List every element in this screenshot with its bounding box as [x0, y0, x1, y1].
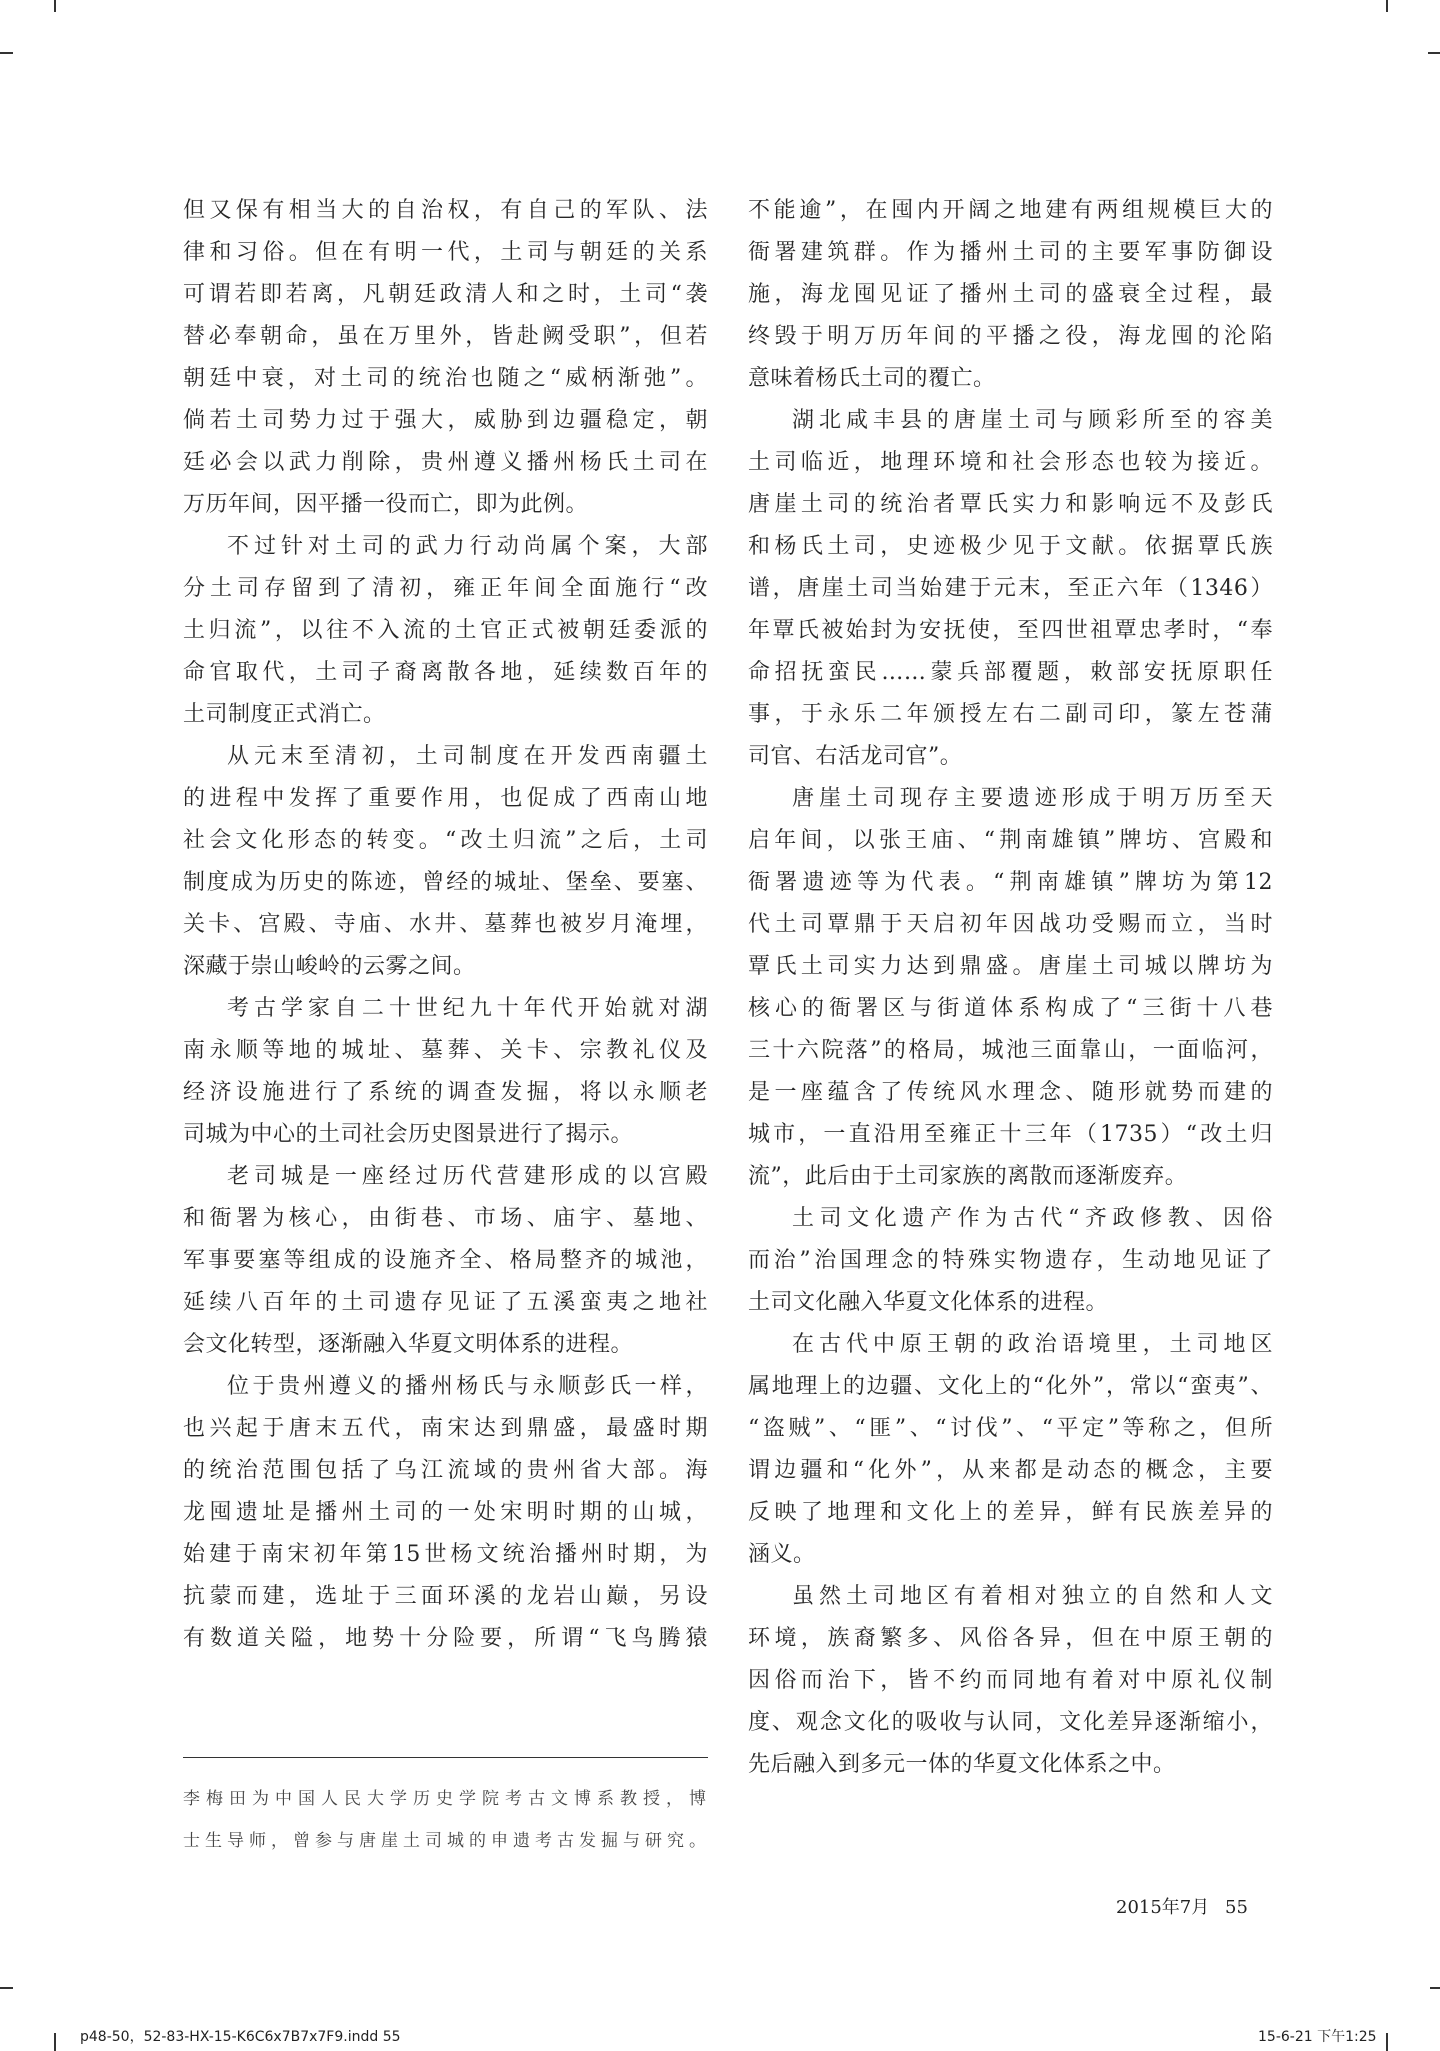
crop-mark-bottom-right-vertical	[1386, 2033, 1388, 2051]
text-line: 社会文化形态的转变。“改土归流”之后，土司	[183, 820, 708, 862]
text-line: 抗蒙而建，选址于三面环溪的龙岩山巅，另设	[183, 1576, 708, 1618]
text-line: 衙署建筑群。作为播州土司的主要军事防御设	[748, 232, 1273, 274]
text-line: 南永顺等地的城址、墓葬、关卡、宗教礼仪及	[183, 1030, 708, 1072]
text-line: 的统治范围包括了乌江流域的贵州省大部。海	[183, 1450, 708, 1492]
text-line: 替必奉朝命，虽在万里外，皆赴阙受职”，但若	[183, 316, 708, 358]
text-line: 涵义。	[748, 1534, 1273, 1576]
text-line: 流”，此后由于土司家族的离散而逐渐废弃。	[748, 1156, 1273, 1198]
paragraph-first-line: 唐崖土司现存主要遗迹形成于明万历至天	[748, 778, 1273, 820]
footnote-line: 李梅田为中国人民大学历史学院考古文博系教授，博	[183, 1778, 708, 1820]
text-line: 和衙署为核心，由街巷、市场、庙宇、墓地、	[183, 1198, 708, 1240]
text-line: 启年间，以张王庙、“荆南雄镇”牌坊、宫殿和	[748, 820, 1273, 862]
text-line: 而治”治国理念的特殊实物遗存，生动地见证了	[748, 1240, 1273, 1282]
text-line: 代土司覃鼎于天启初年因战功受赐而立，当时	[748, 904, 1273, 946]
print-slug-filename: p48-50，52-83-HX-15-K6C6x7B7x7F9.indd 55	[80, 2026, 401, 2046]
text-line: 关卡、宫殿、寺庙、水井、墓葬也被岁月淹埋，	[183, 904, 708, 946]
paragraph-first-line: 湖北咸丰县的唐崖土司与顾彩所至的容美	[748, 400, 1273, 442]
text-line: 谱，唐崖土司当始建于元末，至正六年（1346）	[748, 568, 1273, 610]
text-line: 朝廷中衰，对土司的统治也随之“威柄渐弛”。	[183, 358, 708, 400]
text-line: 不能逾”，在囤内开阔之地建有两组规模巨大的	[748, 190, 1273, 232]
text-line: 城市，一直沿用至雍正十三年（1735）“改土归	[748, 1114, 1273, 1156]
text-line: 但又保有相当大的自治权，有自己的军队、法	[183, 190, 708, 232]
author-footnote: 李梅田为中国人民大学历史学院考古文博系教授，博 士生导师，曾参与唐崖土司城的申遗…	[183, 1778, 708, 1862]
page-number: 55	[1225, 1897, 1248, 1918]
text-line: 覃氏土司实力达到鼎盛。唐崖土司城以牌坊为	[748, 946, 1273, 988]
text-line: 和杨氏土司，史迹极少见于文献。依据覃氏族	[748, 526, 1273, 568]
text-line: 命招抚蛮民……蒙兵部覆题，敕部安抚原职任	[748, 652, 1273, 694]
text-line: 属地理上的边疆、文化上的“化外”，常以“蛮夷”、	[748, 1366, 1273, 1408]
crop-mark-top-right-vertical	[1386, 0, 1388, 12]
text-line: 环境，族裔繁多、风俗各异，但在中原王朝的	[748, 1618, 1273, 1660]
text-line: 衙署遗迹等为代表。“荆南雄镇”牌坊为第12	[748, 862, 1273, 904]
text-line: 始建于南宋初年第15世杨文统治播州时期，为	[183, 1534, 708, 1576]
text-line: 终毁于明万历年间的平播之役，海龙囤的沦陷	[748, 316, 1273, 358]
text-line: 司官、右活龙司官”。	[748, 736, 1273, 778]
text-line: 延续八百年的土司遗存见证了五溪蛮夷之地社	[183, 1282, 708, 1324]
text-line: 因俗而治下，皆不约而同地有着对中原礼仪制	[748, 1660, 1273, 1702]
text-line: 唐崖土司的统治者覃氏实力和影响远不及彭氏	[748, 484, 1273, 526]
crop-mark-bottom-right-horizontal	[1430, 1987, 1440, 1989]
page-folio: 2015年7月 55	[1112, 1893, 1248, 1919]
text-line: 土司临近，地理环境和社会形态也较为接近。	[748, 442, 1273, 484]
text-line: 司城为中心的土司社会历史图景进行了揭示。	[183, 1114, 708, 1156]
text-line: 先后融入到多元一体的华夏文化体系之中。	[748, 1744, 1273, 1786]
text-line: 龙囤遗址是播州土司的一处宋明时期的山城，	[183, 1492, 708, 1534]
text-line: 制度成为历史的陈迹，曾经的城址、堡垒、要塞、	[183, 862, 708, 904]
text-line: “盗贼”、“匪”、“讨伐”、“平定”等称之，但所	[748, 1408, 1273, 1450]
paragraph-first-line: 土司文化遗产作为古代“齐政修教、因俗	[748, 1198, 1273, 1240]
article-column-right: 不能逾”，在囤内开阔之地建有两组规模巨大的衙署建筑群。作为播州土司的主要军事防御…	[748, 190, 1273, 1786]
text-line: 万历年间，因平播一役而亡，即为此例。	[183, 484, 708, 526]
text-line: 度、观念文化的吸收与认同，文化差异逐渐缩小，	[748, 1702, 1273, 1744]
text-line: 军事要塞等组成的设施齐全、格局整齐的城池，	[183, 1240, 708, 1282]
footnote-divider	[183, 1757, 708, 1758]
text-line: 会文化转型，逐渐融入华夏文明体系的进程。	[183, 1324, 708, 1366]
paragraph-first-line: 考古学家自二十世纪九十年代开始就对湖	[183, 988, 708, 1030]
text-line: 有数道关隘，地势十分险要，所谓“飞鸟腾猿	[183, 1618, 708, 1660]
crop-mark-top-left-horizontal	[0, 52, 13, 54]
text-line: 倘若土司势力过于强大，威胁到边疆稳定，朝	[183, 400, 708, 442]
crop-mark-bottom-left-vertical	[54, 2033, 56, 2051]
text-line: 经济设施进行了系统的调查发掘，将以永顺老	[183, 1072, 708, 1114]
text-line: 三十六院落”的格局，城池三面靠山，一面临河，	[748, 1030, 1273, 1072]
text-line: 年覃氏被始封为安抚使，至四世祖覃忠孝时，“奉	[748, 610, 1273, 652]
text-line: 廷必会以武力削除，贵州遵义播州杨氏土司在	[183, 442, 708, 484]
crop-mark-bottom-left-horizontal	[0, 1987, 13, 1989]
paragraph-first-line: 从元末至清初，土司制度在开发西南疆土	[183, 736, 708, 778]
text-line: 土归流”，以往不入流的土官正式被朝廷委派的	[183, 610, 708, 652]
text-line: 的进程中发挥了重要作用，也促成了西南山地	[183, 778, 708, 820]
text-line: 深藏于崇山峻岭的云雾之间。	[183, 946, 708, 988]
text-line: 可谓若即若离，凡朝廷政清人和之时，土司“袭	[183, 274, 708, 316]
paragraph-first-line: 不过针对土司的武力行动尚属个案，大部	[183, 526, 708, 568]
text-line: 律和习俗。但在有明一代，土司与朝廷的关系	[183, 232, 708, 274]
crop-mark-top-right-horizontal	[1428, 52, 1440, 54]
text-line: 是一座蕴含了传统风水理念、随形就势而建的	[748, 1072, 1273, 1114]
text-line: 命官取代，土司子裔离散各地，延续数百年的	[183, 652, 708, 694]
text-line: 反映了地理和文化上的差异，鲜有民族差异的	[748, 1492, 1273, 1534]
text-line: 谓边疆和“化外”，从来都是动态的概念，主要	[748, 1450, 1273, 1492]
text-line: 土司制度正式消亡。	[183, 694, 708, 736]
text-line: 施，海龙囤见证了播州土司的盛衰全过程，最	[748, 274, 1273, 316]
article-column-left: 但又保有相当大的自治权，有自己的军队、法律和习俗。但在有明一代，土司与朝廷的关系…	[183, 190, 708, 1660]
print-slug-timestamp: 15-6-21 下午1:25	[1258, 2026, 1377, 2046]
crop-mark-top-left-vertical	[54, 0, 56, 12]
text-line: 分土司存留到了清初，雍正年间全面施行“改	[183, 568, 708, 610]
paragraph-first-line: 位于贵州遵义的播州杨氏与永顺彭氏一样，	[183, 1366, 708, 1408]
paragraph-first-line: 老司城是一座经过历代营建形成的以宫殿	[183, 1156, 708, 1198]
paragraph-first-line: 在古代中原王朝的政治语境里，土司地区	[748, 1324, 1273, 1366]
footnote-line: 士生导师，曾参与唐崖土司城的申遗考古发掘与研究。	[183, 1820, 708, 1862]
text-line: 土司文化融入华夏文化体系的进程。	[748, 1282, 1273, 1324]
text-line: 事，于永乐二年颁授左右二副司印，篆左苍蒲	[748, 694, 1273, 736]
text-line: 意味着杨氏土司的覆亡。	[748, 358, 1273, 400]
text-line: 也兴起于唐末五代，南宋达到鼎盛，最盛时期	[183, 1408, 708, 1450]
paragraph-first-line: 虽然土司地区有着相对独立的自然和人文	[748, 1576, 1273, 1618]
text-line: 核心的衙署区与街道体系构成了“三街十八巷	[748, 988, 1273, 1030]
issue-date: 2015年7月	[1116, 1897, 1209, 1918]
